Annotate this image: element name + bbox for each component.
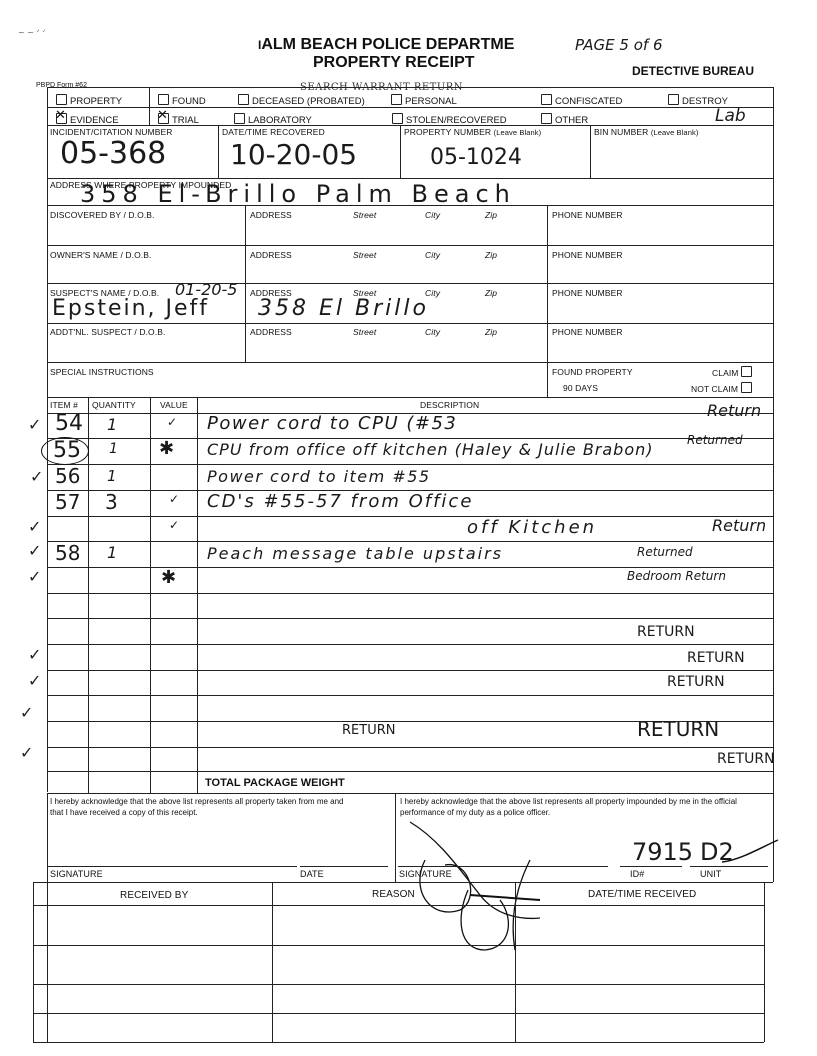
table-row[interactable]: RETURN: [47, 618, 773, 644]
suspect-name[interactable]: Epstein, Jeff: [52, 296, 209, 321]
zip-label: Zip: [485, 250, 497, 260]
table-row[interactable]: 54 1 ✓ Power cord to CPU (#53 Return: [47, 413, 773, 438]
checkbox-checked-icon: [56, 113, 67, 124]
check-mark-icon: ✓: [28, 541, 41, 560]
item-note: Returned: [637, 545, 693, 559]
item-value: ✓: [167, 415, 177, 429]
discovered-address-field[interactable]: [250, 222, 540, 242]
table-row[interactable]: RETURN: [47, 670, 773, 695]
divider: [33, 1042, 764, 1043]
zip-label: Zip: [485, 327, 497, 337]
additional-suspect-label: ADDT'NL. SUSPECT / D.O.B.: [50, 327, 165, 337]
checkbox-icon: [392, 113, 403, 124]
item-note: RETURN: [637, 717, 719, 741]
divider: [47, 178, 773, 179]
item-note: Bedroom Return: [627, 569, 726, 583]
divider: [47, 245, 773, 246]
item-description: Power cord to item #55: [207, 467, 431, 486]
additional-phone-field[interactable]: [552, 340, 767, 360]
custody-row[interactable]: [34, 946, 764, 983]
item-note: Returned: [687, 433, 743, 447]
owner-phone-label: PHONE NUMBER: [552, 250, 623, 260]
item-note: Return: [712, 516, 766, 535]
item-number: 55: [53, 438, 81, 463]
item-quantity: 1: [107, 543, 117, 562]
table-row[interactable]: 57 3 ✓ CD's #55-57 from Office: [47, 490, 773, 516]
incident-number[interactable]: 05-368: [60, 136, 166, 171]
city-label: City: [425, 327, 440, 337]
item-value: ✱: [159, 438, 174, 459]
divider: [47, 323, 773, 324]
suspect-phone-field[interactable]: [552, 300, 767, 320]
discovered-phone-label: PHONE NUMBER: [552, 210, 623, 220]
item-number: 58: [55, 541, 80, 565]
checkbox-checked-icon: [158, 113, 169, 124]
divider: [218, 125, 219, 178]
item-note: Return: [707, 401, 761, 420]
divider: [47, 793, 773, 794]
owner-name-field[interactable]: [50, 262, 240, 282]
custody-row[interactable]: [34, 985, 764, 1012]
street-label: Street: [353, 210, 376, 220]
divider: [149, 87, 150, 125]
check-mark-icon: ✓: [20, 703, 33, 722]
page-note: PAGE 5 of 6: [575, 36, 663, 54]
item-note: RETURN: [667, 674, 725, 690]
suspect-address[interactable]: 358 El Brillo: [258, 296, 429, 321]
table-row[interactable]: 58 1 Peach message table upstairs Return…: [47, 541, 773, 567]
check-mark-icon: ✓: [28, 415, 41, 434]
divider: [33, 882, 773, 883]
table-row[interactable]: [47, 593, 773, 618]
divider: [47, 107, 773, 108]
custody-row[interactable]: [34, 906, 764, 944]
table-row[interactable]: RETURN: [47, 747, 773, 771]
discovered-by-field[interactable]: [50, 222, 240, 242]
form-title: PROPERTY RECEIPT: [313, 54, 475, 72]
checkbox-icon: [541, 113, 552, 124]
header: PBPD Form #62 IALM BEACH POLICE DEPARTME…: [0, 0, 817, 90]
special-instructions-label: SPECIAL INSTRUCTIONS: [50, 367, 154, 377]
table-row[interactable]: 56 1 Power cord to item #55: [47, 464, 773, 490]
received-by-header: RECEIVED BY: [120, 890, 188, 901]
reason-header: REASON: [372, 889, 415, 900]
signature-line: [47, 866, 297, 867]
divider: [47, 771, 773, 772]
value-header: VALUE: [160, 400, 188, 410]
divider: [47, 397, 773, 398]
table-row[interactable]: 55 1 ✱ CPU from office off kitchen (Hale…: [47, 438, 773, 464]
checkbox-icon: [158, 94, 169, 105]
checkbox-found[interactable]: FOUND: [158, 94, 206, 107]
date-line: [300, 866, 388, 867]
claim-checkbox[interactable]: CLAIM: [712, 366, 755, 378]
impound-address[interactable]: 358 El-Brillo Palm Beach: [80, 180, 516, 208]
table-row[interactable]: RETURN: [47, 644, 773, 670]
check-mark-icon: ✓: [28, 671, 41, 690]
id-line: [620, 866, 682, 867]
item-quantity: 3: [105, 490, 118, 514]
checkbox-deceased[interactable]: DECEASED (Probated): [238, 94, 365, 107]
found-property-label: FOUND PROPERTY: [552, 367, 633, 377]
item-quantity: 1: [107, 467, 117, 485]
divider: [395, 793, 396, 882]
special-instructions-field[interactable]: [50, 378, 540, 395]
item-description: CPU from office off kitchen (Haley & Jul…: [207, 440, 654, 459]
owner-date-field[interactable]: [300, 840, 388, 864]
zip-label: Zip: [485, 210, 497, 220]
ninety-days-label: 90 DAYS: [563, 383, 598, 393]
divider: [764, 882, 765, 1042]
property-number[interactable]: 05-1024: [430, 145, 522, 170]
item-description: Power cord to CPU (#53: [207, 413, 457, 434]
additional-address-field[interactable]: [250, 340, 540, 360]
check-mark-icon: ✓: [28, 567, 41, 586]
margin-check-marks: ✓ ✓ ✓ ✓ ✓ ✓ ✓ ✓ ✓: [0, 413, 46, 771]
divider: [47, 125, 773, 126]
date-recovered-label: DATE/TIME RECOVERED: [222, 127, 325, 137]
divider: [47, 205, 773, 206]
date-label: DATE: [300, 869, 324, 879]
quantity-header: QUANTITY: [92, 400, 136, 410]
item-description: CD's #55-57 from Office: [207, 491, 473, 512]
check-mark-icon: ✓: [28, 645, 41, 664]
item-number: 56: [55, 464, 80, 488]
check-mark-icon: ✓: [28, 517, 41, 536]
checkbox-icon: [238, 94, 249, 105]
item-description: Peach message table upstairs: [207, 544, 503, 563]
zip-label: Zip: [485, 288, 497, 298]
checkbox-icon: [541, 94, 552, 105]
suspect-phone-label: PHONE NUMBER: [552, 288, 623, 298]
divider: [400, 125, 401, 178]
street-label: Street: [353, 250, 376, 260]
divider: [590, 125, 591, 178]
scan-marks: ~ ~ ᐟ ᐟ: [18, 28, 58, 48]
item-header: ITEM #: [50, 400, 78, 410]
checkbox-icon: [741, 366, 752, 377]
street-label: Street: [353, 327, 376, 337]
total-package-weight-label: TOTAL PACKAGE WEIGHT: [205, 777, 345, 789]
discovered-phone-field[interactable]: [552, 222, 767, 242]
not-claim-checkbox[interactable]: NOT CLAIM: [691, 382, 755, 394]
checkbox-property[interactable]: PROPERTY: [56, 94, 122, 107]
divider: [47, 283, 773, 284]
item-number: 54: [55, 411, 83, 436]
checkbox-icon: [741, 382, 752, 393]
description-header: DESCRIPTION: [420, 400, 479, 410]
department-title: IALM BEACH POLICE DEPARTME: [258, 36, 514, 54]
bureau-label: DETECTIVE BUREAU: [632, 64, 754, 78]
date-recovered[interactable]: 10-20-05: [230, 138, 357, 171]
discovered-address-label: ADDRESS: [250, 210, 292, 220]
signature-label: SIGNATURE: [50, 869, 103, 879]
additional-suspect-field[interactable]: [50, 340, 240, 360]
total-package-weight-field[interactable]: [370, 775, 760, 791]
additional-address-label: ADDRESS: [250, 327, 292, 337]
unit-label: UNIT: [700, 869, 721, 879]
property-number-label: PROPERTY NUMBER (Leave Blank): [404, 127, 541, 137]
bin-number[interactable]: [594, 145, 764, 169]
check-mark-icon: ✓: [20, 743, 33, 762]
item-quantity: 1: [109, 441, 118, 457]
city-label: City: [425, 210, 440, 220]
item-value: ✓: [169, 518, 179, 532]
officer-id[interactable]: 7915: [632, 838, 693, 866]
date-time-received-header: DATE/TIME RECEIVED: [588, 889, 696, 900]
owner-acknowledgement: I hereby acknowledge that the above list…: [50, 796, 355, 818]
table-row[interactable]: ✱ Bedroom Return: [47, 567, 773, 593]
item-description: off Kitchen: [467, 517, 597, 538]
owner-address-field[interactable]: [250, 262, 540, 282]
city-label: City: [425, 250, 440, 260]
owner-address-label: ADDRESS: [250, 250, 292, 260]
check-mark-icon: ✓: [30, 467, 43, 486]
checkbox-icon: [391, 94, 402, 105]
owner-phone-field[interactable]: [552, 262, 767, 282]
checkbox-confiscated[interactable]: CONFISCATED: [541, 94, 622, 107]
owner-signature-field[interactable]: [50, 840, 290, 864]
custody-row[interactable]: [34, 1014, 764, 1041]
bin-number-label: BIN NUMBER (Leave Blank): [594, 127, 698, 137]
item-note: RETURN: [637, 624, 695, 640]
divider: [547, 205, 548, 397]
item-value: ✓: [169, 492, 179, 506]
checkbox-personal[interactable]: PERSONAL: [391, 94, 457, 107]
checkbox-icon: [234, 113, 245, 124]
item-quantity: 1: [107, 415, 117, 434]
checkbox-icon: [668, 94, 679, 105]
owner-name-label: OWNER'S NAME / D.O.B.: [50, 250, 151, 260]
table-row[interactable]: RETURN RETURN: [47, 721, 773, 747]
items-table: 54 1 ✓ Power cord to CPU (#53 Return 55 …: [47, 413, 773, 771]
divider: [47, 362, 773, 363]
item-note: RETURN: [687, 650, 745, 666]
other-note: Lab: [715, 106, 746, 126]
unit-scribble: [720, 838, 780, 868]
item-note: RETURN: [717, 751, 775, 767]
item-value: ✱: [161, 567, 176, 588]
additional-phone-label: PHONE NUMBER: [552, 327, 623, 337]
item-number: 57: [55, 490, 80, 514]
item-description: RETURN: [342, 723, 395, 738]
table-row[interactable]: ✓ off Kitchen Return: [47, 516, 773, 541]
id-label: ID#: [630, 869, 644, 879]
checkbox-icon: [56, 94, 67, 105]
discovered-by-label: DISCOVERED BY / D.O.B.: [50, 210, 155, 220]
divider: [47, 87, 773, 88]
